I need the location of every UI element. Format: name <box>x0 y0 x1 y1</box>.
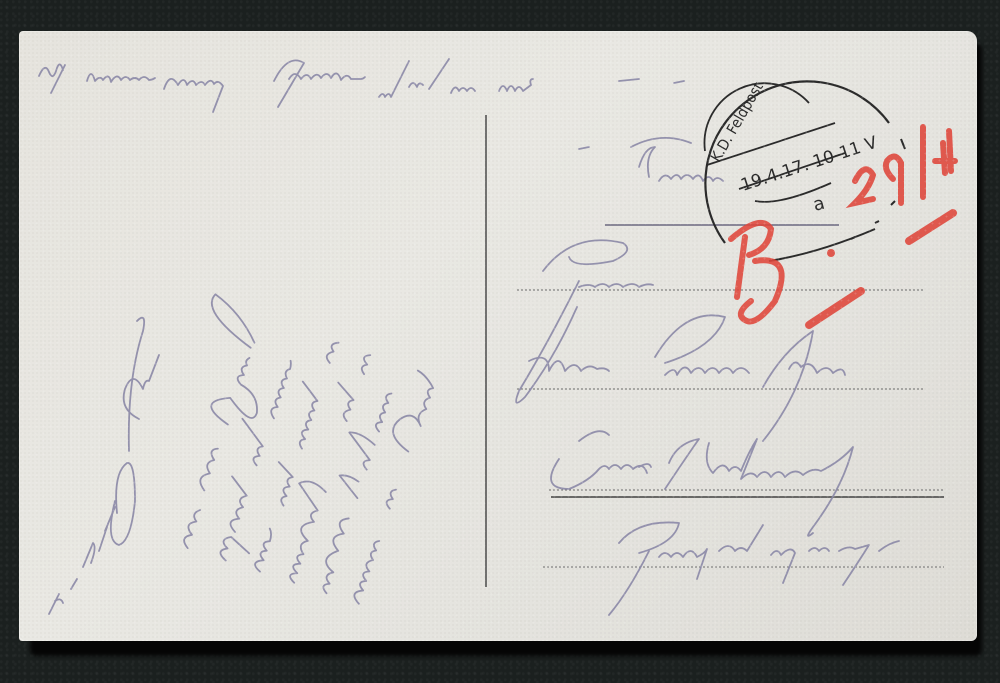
postmark-letter: a <box>811 193 827 216</box>
address-rules <box>517 290 944 567</box>
postcard-surface: K.D. Feldpost 19.4.17. 10-11 V a <box>19 31 977 641</box>
postmark-date: 19.4.17. 10-11 V <box>738 133 880 196</box>
postmark-ring-text: K.D. Feldpost <box>707 79 767 165</box>
handwriting <box>39 59 899 615</box>
postcard: K.D. Feldpost 19.4.17. 10-11 V a Abs. La… <box>19 31 977 641</box>
